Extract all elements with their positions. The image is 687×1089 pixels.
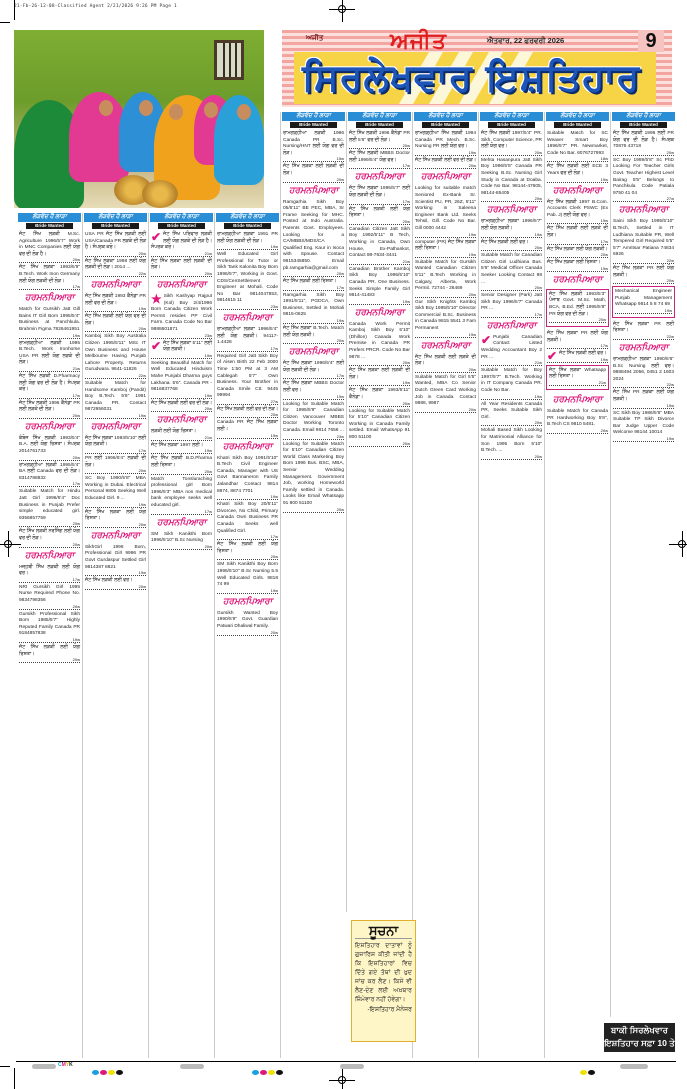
ad-price: 22w <box>666 334 674 339</box>
classified-ad: Ramgarhia Sikh Boy 05/5'11" BE PEC, MBA,… <box>282 200 345 278</box>
classified-ad: Kamboj Sikh Boy Australia Citizen 1995/5… <box>84 334 147 379</box>
ad-logo: ਹਰਮਨਪਿਆਰਾ <box>216 312 279 324</box>
column-subheading: Bride Wanted <box>158 223 205 229</box>
ad-text: ਰਾਮਗੜ੍ਹੀਆ ਲੜਕੀ 1995 B.Tech. Work Ironhor… <box>19 341 80 366</box>
ad-text: ਜੱਟ ਸਿੱਖ ਲੜਕੀ ਲਈ ਯੋਗ ਰਿਸ਼ਤਾ। <box>349 207 410 219</box>
color-dots <box>252 1062 284 1067</box>
registration-mark <box>335 2 349 16</box>
ad-price-line: 20w <box>19 543 80 548</box>
classified-ad: Seeking Beautiful Match for Well Educate… <box>150 361 213 399</box>
classified-ad: ਕੰਬੋਜ ਸਿੱਖ ਲੜਕੀ 1993/5'4" B.A. ਲਈ ਯੋਗ ਰਿ… <box>18 436 81 461</box>
ad-text: Suitable Match for Handsome Kamboj (Pand… <box>85 381 146 412</box>
classified-ad: ਜੱਟ ਸਿੱਖ ਲੜਕੀ ਲਈ ਯੋਗ ਵਰ ਦੀ ਲੋੜ।20w <box>84 314 147 332</box>
classified-ad: Suitable Match for Handsome Kamboj (Pand… <box>84 381 147 419</box>
classified-ad: Mehta Hasanpura Jatt Sikh Boy 1996/5'5" … <box>480 158 543 203</box>
column-heading: ਲੋੜਵੰਦ ਹੈ ਲਾੜਾ <box>612 112 675 121</box>
ad-price: 21w <box>204 435 212 440</box>
ad-price-line: 17w <box>217 347 278 352</box>
ad-price-line: 17w <box>283 374 344 379</box>
classified-ad: ਜੱਟ ਸਿੱਖ ਲੜਕਾ 1997 ਲਈ।19w <box>150 443 213 455</box>
classified-ad: ਜੱਟ ਸਿੱਖ ਲੜਕੀ ਲਈ ਯੋਗ ਰਿਸ਼ਤਾ।20w <box>18 645 81 663</box>
ad-text: ਜੱਟ ਸਿੱਖ ਲੜਕਾ PR ਲਈ ਯੋਗ ਲੜਕੀ। <box>613 266 674 278</box>
ad-price: 17w <box>72 577 80 582</box>
column-divider <box>610 112 611 1017</box>
ad-text: Mehta Hasanpura Jatt Sikh Boy 1996/5'5" … <box>481 158 542 196</box>
ad-text: Ramgarhia Sikh Boy 1991/5'11", PGDCA, Ow… <box>283 293 344 318</box>
ad-price-line: 17w <box>349 164 410 169</box>
ad-price: 20w <box>204 544 212 549</box>
ad-price-line: 19w <box>19 638 80 643</box>
ad-text: Mohali Based Sikh Looking for Matrimonia… <box>481 428 542 453</box>
ad-logo: ਹਰਮਨਪਿਆਰਾ <box>150 279 213 291</box>
ad-text: Gursikh Professional Sikh Born 1985/5'7"… <box>19 612 80 637</box>
ad-price-line: 17w <box>151 510 212 515</box>
classified-ad: ਜੱਟ ਸਿੱਖ ਲੜਕੀ ਲਈ ਵਰ ਦੀ ਲੋੜ।20w <box>414 158 477 170</box>
classified-ad: ਰਾਮਗੜ੍ਹੀਆ ਲੜਕਾ 1996/5'4" ਲਈ ਯੋਗ ਲੜਕੀ। 94… <box>216 327 279 352</box>
classified-ad: ਜੱਟ ਸਿੱਖ ਲੜਕੀ ਲਈ ਵਰ ਦੀ ਲੋੜ।20w <box>216 407 279 419</box>
classified-ad: SM Sikh Kanikthi Boy Born 1996/5'10" B.S… <box>216 562 279 593</box>
classified-ad: ਜੱਟ ਸਿੱਖ ਲੜਕੀ MBBS Doctor ਲਈ 1999/5'4" ਯ… <box>348 151 411 169</box>
ad-price: 20w <box>138 251 146 256</box>
classified-ad: ਜੱਟ ਸਿੱਖ ਲੜਕੀ 1993/5'3" ਪੰਜਾਬ Govt. M.Sc… <box>546 289 609 327</box>
classified-ad: Khatri Sikh Boy 1991/5'10" B.Tech Civil … <box>216 456 279 501</box>
ad-price: 17w <box>72 481 80 486</box>
promo-line-2: ਇਸ਼ਤਿਹਾਰ ਸਫ਼ਾ 10 ਤੇ <box>604 1037 675 1050</box>
column-subheading: Bride Wanted <box>488 122 535 128</box>
ad-text: ਜੱਟ ਸਿੱਖ ਲੜਕੀ ਨਰਸਿੰਗ ਲਈ ਯੋਗ ਵਰ ਦੀ ਲੋੜ। <box>19 529 80 541</box>
ad-logo: ਹਰਮਨਪਿਆਰਾ <box>150 517 213 529</box>
classified-ad: Gur Sikh Knights Kamboj Sikh Boy 1995/5'… <box>414 300 477 338</box>
column-heading: ਲੋੜਵੰਦ ਹੈ ਲਾੜਾ <box>348 112 411 121</box>
gray-swatch <box>620 1064 648 1069</box>
ad-text: ਜੱਟ ਸਿੱਖ ਲੜਕੀ MBBS Doctor ਲਈ 1999/5'4" ਯ… <box>349 151 410 163</box>
column-subheading: Bride Wanted <box>92 223 139 229</box>
ad-text: ਰਾਮਗੜ੍ਹੀਆ ਲੜਕਾ 1991 PR ਲਈ ਯੋਗ ਲੜਕੀ ਦੀ ਲੋ… <box>217 232 278 244</box>
ad-text: Suitable Match for Canadian Citizen Girl… <box>481 253 542 284</box>
ad-text: Looking for Suitable Match for 5'10" Can… <box>283 442 344 506</box>
ad-text: ਜੱਟ ਸਿੱਖ ਲੜਕਾ 5'11" ਲਈ ਯੋਗ ਲੜਕੀ। <box>163 341 212 353</box>
page-number: 9 <box>638 30 664 52</box>
ad-price-line: 20w <box>349 442 410 447</box>
classified-ad: SM Sikh Kanikthi Born 1996/5'10" B.Sc Nu… <box>150 532 213 550</box>
classified-column: ਲੋੜਵੰਦ ਹੈ ਲਾੜਾBride Wantedਜੱਟ ਸਿੱਖ ਲੜਕੀ … <box>612 112 675 1017</box>
classified-ad: ਜੱਟ ਸਿੱਖ ਲੜਕਾ ਲਈ ਰਿਸ਼ਤਾ।19w <box>546 260 609 272</box>
classified-ad: ਜੱਟ ਸਿੱਖ PR ਲੜਕਾ ਲਈ ਯੋਗ ਲੜਕੀ।19w <box>612 390 675 408</box>
classified-ad: ਜੱਟ ਸਿੱਖ ਲੜਕੀ 1993 ਕੈਨੇਡਾ PR ਲਈ ਵਰ ਦੀ ਲੋ… <box>84 294 147 312</box>
ad-price: 20w <box>468 163 476 168</box>
ad-price-line: 20w <box>85 523 146 528</box>
ad-price: 17w <box>72 284 80 289</box>
classified-ad: ਜੱਟ ਸਿੱਖ ਲੜਕਾ ਲਈ ਲੜਕੀ ਦੀ ਲੋੜ।19w <box>348 368 411 386</box>
column-divider <box>544 112 545 1058</box>
classified-ad: Canada PR ਜੱਟ ਸਿੱਖ ਲੜਕਾ ਲਈ।19w <box>216 420 279 438</box>
ad-price: 20w <box>468 407 476 412</box>
ad-price-line: 19w <box>151 449 212 454</box>
ad-price-line: 19w <box>547 178 608 183</box>
ad-price-line: 20w <box>217 555 278 560</box>
face <box>237 104 251 120</box>
ad-price-line: 20w <box>349 144 410 149</box>
ad-text: Gur Sikh Knights Kamboj Sikh Boy 1995/5'… <box>415 300 476 331</box>
ad-price: 21w <box>204 251 212 256</box>
classified-ad: ਜੱਟ ਸਿੱਖ ਲੜਕੀ ਲਈ ਯੋਗ ਰਿਸ਼ਤਾ।20w <box>216 542 279 560</box>
ad-price-line: 19w <box>283 319 344 324</box>
classified-ad: SC Sikh Boy 1986/5'6" MBA Suitable TP Si… <box>612 411 675 442</box>
ad-price-line: 17w <box>283 286 344 291</box>
notice-box: ਸੂਚਨਾ ਇਸ਼ਤਿਹਾਰ ਦਾਤਾਵਾਂ ਨੂੰ ਗੁਜ਼ਾਰਿਸ਼ ਕੀਤ… <box>351 920 416 1042</box>
gray-swatch <box>32 1064 56 1069</box>
ad-price: 20w <box>72 521 80 526</box>
masthead: ਅਜੀਤ ਅਜੀਤ ਐਤਵਾਰ, 22 ਫਰਵਰੀ 2026 9 ਸਿਰਲੇਖਵ… <box>282 30 672 107</box>
ad-text: ਜੱਟ ਸਿੱਖ ਲੜਕੀ 1997 B.Com. Accounts Clerk… <box>547 200 608 218</box>
ad-price-line: 20w <box>19 456 80 461</box>
ad-price-line: 17w <box>217 535 278 540</box>
classified-ad: ਰਾਮਗੜ੍ਹੀਆ ਲੜਕਾ 1996/5'7" ਲਈ ਯੋਗ ਲੜਕੀ।19w <box>480 219 543 237</box>
ad-price: 19w <box>402 380 410 385</box>
column-divider <box>214 213 215 1058</box>
ad-price-line: 20w <box>547 253 608 258</box>
ad-price: 20w <box>402 401 410 406</box>
ad-price: 17w <box>336 373 344 378</box>
classified-ad: ਜੱਟ ਸਿੱਖ ਲੜਕਾ Whatsapp ਲਈ ਰਿਸ਼ਤਾ।21w <box>546 365 609 390</box>
ad-logo: ਹਰਮਨਪਿਆਰਾ <box>18 421 81 433</box>
notice-signature: -ਇਸ਼ਤਿਹਾਰ ਮੈਨੇਜਰ <box>355 1006 412 1014</box>
ad-price: 20w <box>72 413 80 418</box>
ad-text: ਰਾਮਗੜ੍ਹੀਆ ਲੜਕੀ 1995/5'4" BA ਲਈ Canada ਵਰ… <box>19 463 80 481</box>
column-divider <box>412 112 413 1058</box>
ad-price-line: 22w <box>613 335 674 340</box>
ad-logo: ਹਰਮਨਪਿਆਰਾ <box>18 292 81 304</box>
ad-price-line: 19w <box>217 245 278 250</box>
basket-graphic <box>142 180 178 208</box>
classified-ad: Looking for suitable match Seniored Ex-B… <box>414 186 477 237</box>
classified-ad: ਜੱਟ ਸਿੱਖ ਲੜਕਾ 1996/5'4" ਲਈ ਯੋਗ ਲੜਕੀ ਦੀ ਲ… <box>282 361 345 379</box>
ad-text: ਜੱਟ ਸਿੱਖ ਲੜਕੀ ਲਈ ਯੋਗ ਵਰ ਦੀ ਲੋੜ। <box>85 314 146 326</box>
ad-text: ਜੱਟ ਸਿੱਖ ਲੜਕਾ ਲਈ ਲੜਕੀ ਦੀ ਲੋੜ। <box>349 368 410 380</box>
crop-mark <box>14 0 15 20</box>
classified-ad: computer (PR) ਜੱਟ ਸਿੱਖ ਲੜਕਾ ਲਈ ਰਿਸ਼ਤਾ।19… <box>414 240 477 258</box>
ad-price-line: 20w <box>217 631 278 636</box>
ad-price: 20w <box>270 412 278 417</box>
issue-date: ਐਤਵਾਰ, 22 ਫਰਵਰੀ 2026 <box>487 36 564 46</box>
ad-price-line: 27w <box>613 197 674 202</box>
ad-text: SC Boy 1990/5'8" MBA Working in Dubai. E… <box>85 476 146 501</box>
color-dots <box>92 1062 124 1067</box>
ad-text: ਜੱਟ ਸਿੱਖ ਲੜਕੀ 1996 ਲਈ PR ਯੋਗ ਵਰ ਦੀ ਲੋੜ ਹ… <box>613 131 674 149</box>
column-divider <box>148 213 149 1058</box>
page-title: ਸਿਰਲੇਖਵਾਰ ਇਸ਼ਤਿਹਾਰ <box>302 52 640 104</box>
ad-price-line: 20w <box>481 197 542 202</box>
ad-price: 17w <box>270 346 278 351</box>
ad-price-line: 20w <box>283 339 344 344</box>
ad-price-line: 17w <box>19 394 80 399</box>
ad-price: 19w <box>666 436 674 441</box>
classified-ad: ਜੱਟ ਸਿੱਖ ਲੜਕਾ 1998 ਲਈ ਯੋਗ ਲੜਕੀ ਦੀ ਲੋੜ। 2… <box>84 259 147 277</box>
ad-price: 20w <box>468 367 476 372</box>
ad-logo: ਹਰਮਨਪਿਆਰਾ <box>480 320 543 332</box>
ad-price-line: 19w <box>415 253 476 258</box>
ad-text: SM Sikh Kanikthi Born 1996/5'10" B.Sc Nu… <box>151 532 212 544</box>
ad-price-line: 19w <box>349 381 410 386</box>
classified-ad: ਜੱਟ ਸਿੱਖ ਲੜਕੀ ਲਈ ਵਰ ਦੀ ਲੋੜ।20w <box>150 401 213 413</box>
column-subheading: Bride Wanted <box>290 122 337 128</box>
classified-ad: Mechanical Engineer Punjab Management Wh… <box>612 286 675 318</box>
ad-price-line: 20w <box>415 293 476 298</box>
ad-text: Mechanical Engineer Punjab Management Wh… <box>615 289 672 307</box>
ad-price-line: 27w <box>217 400 278 405</box>
ad-price: 20w <box>534 285 542 290</box>
ad-price: 19w <box>270 433 278 438</box>
column-heading: ਲੋੜਵੰਦ ਹੈ ਲਾੜਾ <box>216 213 279 222</box>
classified-ad: ਜੱਟ ਸਿੱਖ ਲੜਕਾ ਲਈ ਯੋਗ ਲੜਕੀ।20w <box>546 247 609 259</box>
ad-text: ਜੱਟ ਸਿੱਖ ਲੜਕਾ 1993/5'11" ਕੈਨੇਡਾ। <box>349 388 410 400</box>
ad-text: ਜੱਟ ਸਿੱਖ ਲੜਕੀ ਲਈ ਵਰ ਦੀ ਲੋੜ। <box>217 407 278 412</box>
ad-price: 19w <box>204 448 212 453</box>
ad-text: Suitable Match for Boy 1997/5'7" B.Tech.… <box>481 368 542 393</box>
ad-price-line: 20w <box>613 151 674 156</box>
column-heading: ਲੋੜਵੰਦ ਹੈ ਲਾੜਾ <box>414 112 477 121</box>
classified-ad: ਜੱਟ ਸਿੱਖ ਲੜਕਾ 1995/5'7" ਲਈ ਯੋਗ ਲੜਕੀ ਦੀ ਲ… <box>348 186 411 204</box>
ad-price: 20w <box>72 257 80 262</box>
ad-text: Canadian Citizen Jatt Sikh Boy 1992/5'11… <box>349 227 410 258</box>
ad-text: Required Girl Jatt Sikh Boy of Aisen Bir… <box>217 354 278 399</box>
color-dots <box>580 1062 596 1067</box>
ad-price: 19w <box>204 353 212 358</box>
ad-price: 19w <box>138 570 146 575</box>
ad-price-line: 21w <box>549 381 606 386</box>
face <box>204 102 218 118</box>
classified-ad: ਜੱਟ ਸਿੱਖ ਲੜਕਾ PR ਲਈ ਰਿਸ਼ਤਾ।22w <box>612 322 675 340</box>
ad-text: ਜੱਟ ਸਿੱਖ ਲੜਕਾ 1993/5'9" B.Tech. Work Ino… <box>19 265 80 283</box>
newspaper-logo: ਅਜੀਤ <box>390 28 447 54</box>
ad-price-line: 19w <box>151 394 212 399</box>
classified-ad: ✔ਜੱਟ ਸਿੱਖ ਪਰਿਵਾਰ ਲੜਕੀ ਲਈ ਯੋਗ ਲੜਕੇ ਦੀ ਲੋੜ… <box>150 232 213 257</box>
ad-logo: ਹਰਮਨਪਿਆਰਾ <box>216 441 279 453</box>
ad-text: ਜੱਟ ਸਿੱਖ ਲੜਕਾ ਲਈ ਯੋਗ ਲੜਕੀ। <box>547 247 608 252</box>
classified-ad: ਰਾਮਗੜ੍ਹੀਆ ਲੜਕੀ 1995 B.Tech. Work Ironhor… <box>18 341 81 372</box>
ad-price: 19w <box>534 232 542 237</box>
ad-price-line: 19w <box>613 437 674 442</box>
ad-text: ਮਜ਼੍ਹਬੀ ਸਿੱਖ ਲੜਕੀ ਲਈ ਯੋਗ ਵਰ। <box>19 565 80 577</box>
ad-price: 19w <box>270 244 278 249</box>
column-subheading: Bride Wanted <box>620 122 667 128</box>
ad-price: 17w <box>270 534 278 539</box>
ad-text: Canadian Brother Kamboj Sikh Boy 1995/5'… <box>349 267 410 298</box>
ad-price: 20w <box>138 522 146 527</box>
ad-price-line: 20w <box>151 272 212 277</box>
ad-price: 20w <box>336 338 344 343</box>
ad-price: 15w <box>336 156 344 161</box>
ad-text: Suitable Match for Gursikh Wanted Canadi… <box>415 260 476 291</box>
classified-ad: ਜੱਟ ਸਿੱਖ ਲੜਕੀ 1996 ਕੈਨੇਡਾ PR ਲਈ 5'6" ਵਰ … <box>348 131 411 149</box>
classified-ad: All Year Residents Canada PR, Seeks Suit… <box>480 402 543 427</box>
ad-price: 19w <box>72 333 80 338</box>
ad-price: 20w <box>666 278 674 283</box>
ad-text: SM Sikh Kanikthi Boy Born 1996/5'10" B.S… <box>217 562 278 587</box>
ad-text: Match for Gursikh Jatt Gill Bains IT Gir… <box>19 307 80 332</box>
ad-text: ਜੱਟ ਸਿੱਖ ਲੜਕਾ MBBS Doctor ਲਈ ਵਰ। <box>283 381 344 393</box>
ad-text: Canada Work Permit Kamboj Sikh Boy 5'10"… <box>349 322 410 360</box>
column-divider <box>346 112 347 912</box>
ad-text: ਜੱਟ ਸਿੱਖ ਲੜਕਾ ਲਈ ਯੋਗ ਰਿਸ਼ਤਾ। <box>85 510 146 522</box>
ad-price: 18w <box>600 156 608 161</box>
ad-text: Suitable Match for Hindu Jatt Girl 1996/… <box>19 489 80 520</box>
ad-text: ਰਾਮਗੜ੍ਹੀਆ ਲੜਕਾ 1996/5'4" ਲਈ ਯੋਗ ਲੜਕੀ। 94… <box>217 327 278 345</box>
masthead-small-label: ਅਜੀਤ <box>306 35 323 43</box>
crop-mark <box>0 22 10 23</box>
ad-price-line: 21w <box>349 260 410 265</box>
ad-price: 17w <box>600 239 608 244</box>
column-divider <box>478 112 479 1058</box>
ad-price: 20w <box>336 177 344 182</box>
ad-price: 19w <box>138 413 146 418</box>
classified-ad: Match for Gursikh Jatt Gill Bains IT Gir… <box>18 307 81 338</box>
classified-ad: ਜੱਟ ਸਿੱਖ ਲੜਕੀ ਲਈ ਲੜਕੇ ਦੀ ਲੋੜ।17w <box>546 226 609 244</box>
ad-price: 19w <box>402 299 410 304</box>
classified-column: ਲੋੜਵੰਦ ਹੈ ਲਾੜਾBride Wantedਜੱਟ ਸਿੱਖ ਲੜਕੀ … <box>18 213 81 1058</box>
ad-price: 20w <box>534 196 542 201</box>
classified-ad: ਜੱਟ ਸਿੱਖ ਲੜਕੀ D.Pharmacy ਲਈ ਯੋਗ ਵਰ ਦੀ ਲੋ… <box>18 374 81 399</box>
ad-price-line: 20w <box>415 368 476 373</box>
notice-body: ਇਸ਼ਤਿਹਾਰ ਦਾਤਾਵਾਂ ਨੂੰ ਗੁਜ਼ਾਰਿਸ਼ ਕੀਤੀ ਜਾਂਦ… <box>355 941 412 1004</box>
ad-price-line: 17w <box>19 285 80 290</box>
ad-text: ਜੱਟ ਸਿੱਖ ਲੜਕੀ ਲਈ ਵਰ ਦੀ ਲੋੜ। <box>415 158 476 163</box>
ad-price-line: 20w <box>481 151 542 156</box>
ad-price-line: 21w <box>19 367 80 372</box>
ad-text: ਜੱਟ ਸਿੱਖ ਲੜਕਾ PR ਲਈ ਯੋਗ ਲੜਕੀ। <box>547 331 608 343</box>
ad-price-line: 20w <box>19 522 80 527</box>
ad-price-line: 23w <box>217 305 278 310</box>
ad-text: ਜੱਟ ਸਿੱਖ PR ਲੜਕਾ ਲਈ ਯੋਗ ਲੜਕੀ। <box>613 390 674 402</box>
ad-price: 19w <box>336 318 344 323</box>
classified-ad: Gursikh Professional Sikh Born 1985/5'7"… <box>18 612 81 643</box>
ad-price-line: 20w <box>85 585 146 590</box>
ad-logo: ਹਰਮਨਪਿਆਰਾ <box>414 171 477 183</box>
ad-price: 20w <box>534 420 542 425</box>
classified-ad: SC Boy 1990/5'8" MBA Working in Dubai. E… <box>84 476 147 507</box>
classified-ad: ਜੱਟ ਸਿੱਖ ਲੜਕੀ ਲਈ ਯੋਗ ਰਿਸ਼ਤਾ।20w <box>348 207 411 225</box>
ad-price: 23w <box>336 434 344 439</box>
ad-text: ਰਾਮਗੜ੍ਹੀਆ ਲੜਕਾ 1990/5'6" B.Sc Nursing ਲਈ… <box>613 357 674 382</box>
classified-ad: Well Educated Girl Professional for Tuto… <box>216 252 279 310</box>
ad-text: ਜੱਟ ਸਿੱਖ ਲੜਕੀ ਲਈ ਲੜਕੇ ਦੀ ਲੋੜ। <box>415 355 476 367</box>
classified-ad: Required Girl Jatt Sikh Boy of Aisen Bir… <box>216 354 279 405</box>
ad-price: 22w <box>666 382 674 387</box>
ad-logo: ਹਰਮਨਪਿਆਰਾ <box>348 307 411 319</box>
ad-price: 19w <box>468 332 476 337</box>
ad-price: 20w <box>534 245 542 250</box>
classified-ad: ਜੱਟ ਸਿੱਖ ਲੜਕੀ ਲਈ ਵਰ।20w <box>480 240 543 252</box>
classified-ad: ਜੱਟ ਸਿੱਖ ਲੜਕੀ 1997 B.Com. Accounts Clerk… <box>546 200 609 225</box>
window-graphic <box>214 40 244 80</box>
column-heading: ਲੋੜਵੰਦ ਹੈ ਲਾੜਾ <box>150 213 213 222</box>
ad-price: 19w <box>600 357 608 362</box>
classified-ad: ਜੱਟ ਸਿੱਖ ਲੜਕਾ ਲਈ ਲੜਕੀ ਦੀ ਲੋੜ।20w <box>150 259 213 277</box>
ad-price: 20w <box>204 469 212 474</box>
ad-text: ਕੰਬੋਜ ਸਿੱਖ ਲੜਕੀ 1993/5'4" B.A. ਲਈ ਯੋਗ ਰਿ… <box>19 436 80 454</box>
classified-ad: ਜੱਟ ਸਿੱਖ ਲੜਕੀ 1996 ਕੈਨੇਡਾ PR ਲਈ ਲੜਕੇ ਦੀ … <box>18 401 81 419</box>
ad-text: ਜੱਟ ਸਿੱਖ ਲੜਕਾ B.Tech. Match ਲਈ ਯੋਗ ਲੜਕੀ। <box>283 326 344 338</box>
ad-text: Match Tonsluraching professional girl Bo… <box>151 477 212 508</box>
ad-text: Khatri Sikh Boy 20/5'11" Divorcee, No Ch… <box>217 502 278 533</box>
ad-price: 17w <box>336 285 344 290</box>
classified-ad: ✔Punjabi Canadian Contact Listed Wedding… <box>480 335 543 366</box>
ad-price: 20w <box>402 143 410 148</box>
ad-price-line: 20w <box>283 272 344 277</box>
ad-price: 21w <box>598 380 606 385</box>
classified-ad: ✔ਜੱਟ ਸਿੱਖ ਲੜਕਾ 5'11" ਲਈ ਯੋਗ ਲੜਕੀ।19w <box>150 341 213 359</box>
ad-logo: ਹਰਮਨਪਿਆਰਾ <box>612 342 675 354</box>
ad-text: Seeking Beautiful Match for Well Educate… <box>151 361 212 392</box>
ad-price-line: 20w <box>349 361 410 366</box>
ad-price: 20w <box>600 428 608 433</box>
ad-price-line: 18w <box>547 157 608 162</box>
ad-price-line: 19w <box>85 307 146 312</box>
ad-price-line: 20w <box>283 508 344 513</box>
classified-column: ਲੋੜਵੰਦ ਹੈ ਲਾੜਾBride WantedUSA PR ਜੱਟ ਸਿੱ… <box>84 213 147 1058</box>
ad-price: 20w <box>468 292 476 297</box>
ad-price-line: 22w <box>85 374 146 379</box>
classified-ad: PR ਲਈ 1996/5'4" ਲੜਕੀ ਦੀ ਲੋੜ।20w <box>84 456 147 474</box>
ad-price-line: 23w <box>283 435 344 440</box>
ad-logo: ਹਰਮਨਪਿਆਰਾ <box>546 274 609 286</box>
ad-price-line: 22w <box>613 383 674 388</box>
ad-price-line: 21w <box>151 436 212 441</box>
ad-price: 21w <box>534 360 542 365</box>
ad-price-line: 20w <box>415 408 476 413</box>
column-subheading: Bride Wanted <box>422 122 469 128</box>
registration-mark <box>1 537 15 551</box>
ad-price: 19w <box>204 393 212 398</box>
crop-mark <box>0 1066 10 1067</box>
column-heading: ਲੋੜਵੰਦ ਹੈ ਲਾੜਾ <box>480 112 543 121</box>
promo-line-1: ਬਾਕੀ ਸਿਰਲੇਖਵਾਰ <box>604 1024 675 1037</box>
ad-text: USA PR ਜੱਟ ਸਿੱਖ ਲੜਕੀ ਲਈ USA/Canada PR ਲੜ… <box>85 232 146 250</box>
ad-price-line: 20w <box>151 545 212 550</box>
ad-text: ਜੱਟ ਸਿੱਖ ਲੜਕਾ ਲਈ ਰਿਸ਼ਤਾ। <box>547 260 600 265</box>
ad-price: 20w <box>138 584 146 589</box>
ad-price-line: 20w <box>217 413 278 418</box>
classified-ad: ✔ਜੱਟ ਸਿੱਖ ਲੜਕੀ ਲਈ ਵਰ।19w <box>546 351 609 363</box>
ad-price: 20w <box>402 360 410 365</box>
ad-price-line: 19w <box>547 267 608 272</box>
ad-text: ਜੱਟ ਸਿੱਖ ਲੜਕੀ 1997/5'4" PR. Sikh, Comput… <box>481 131 542 149</box>
ad-price: 27w <box>666 196 674 201</box>
ad-price: 20w <box>72 657 80 662</box>
ad-price-line: 20w <box>481 421 542 426</box>
ad-text: ਜੱਟ ਸਿੱਖ ਲੜਕਾ ਲਈ ਲੜਕੀ ਦੀ ਲੋੜ। <box>151 259 212 271</box>
face <box>99 100 113 116</box>
ad-price: 19w <box>138 306 146 311</box>
ad-text: ਲੜਕੀ ਲਈ ਯੋਗ ਰਿਸ਼ਤਾ। <box>151 429 196 434</box>
ad-price-line: 19w <box>217 589 278 594</box>
ad-price: 20w <box>600 252 608 257</box>
ad-text: ਜੱਟ ਸਿੱਖ ਲੜਕੀ 1993 ਕੈਨੇਡਾ PR ਲਈ ਵਰ ਦੀ ਲੋ… <box>85 294 146 306</box>
ad-price: 21w <box>72 366 80 371</box>
classified-ad: ਜੱਟ ਸਿੱਖ ਲੜਕੀ M.Sc. Agriculture 1996/5'7… <box>18 232 81 263</box>
ad-price: 23w <box>270 304 278 309</box>
classified-ad: Gursikh Wanted Boy 1990/5'9" Govt. Guard… <box>216 611 279 636</box>
ad-price-line: 20w <box>85 327 146 332</box>
ad-text: ਜੱਟ ਸਿੱਖ ਲੜਕੀ ਲਈ ਵਰ। <box>85 578 132 583</box>
ad-text: Looking for Suitable Match for 5'10" Can… <box>349 409 410 440</box>
classified-ad: Suitable Match for Gursikh Wanted Canadi… <box>414 260 477 298</box>
ad-text: ਜੱਟ ਸਿੱਖ ਲੜਕਾ Whatsapp ਲਈ ਰਿਸ਼ਤਾ। <box>549 368 606 380</box>
ad-price: 20w <box>138 326 146 331</box>
classified-column: ਲੋੜਵੰਦ ਹੈ ਲਾੜਾBride Wantedਰਾਮਗੜ੍ਹੀਆ ਲੜਕਾ… <box>216 213 279 1058</box>
classified-ad: ਜੱਟ ਸਿੱਖ ਲੜਕੀ ਲਈ ਰਿਸ਼ਤਾ।17w <box>282 279 345 291</box>
ad-price: 19w <box>138 502 146 507</box>
